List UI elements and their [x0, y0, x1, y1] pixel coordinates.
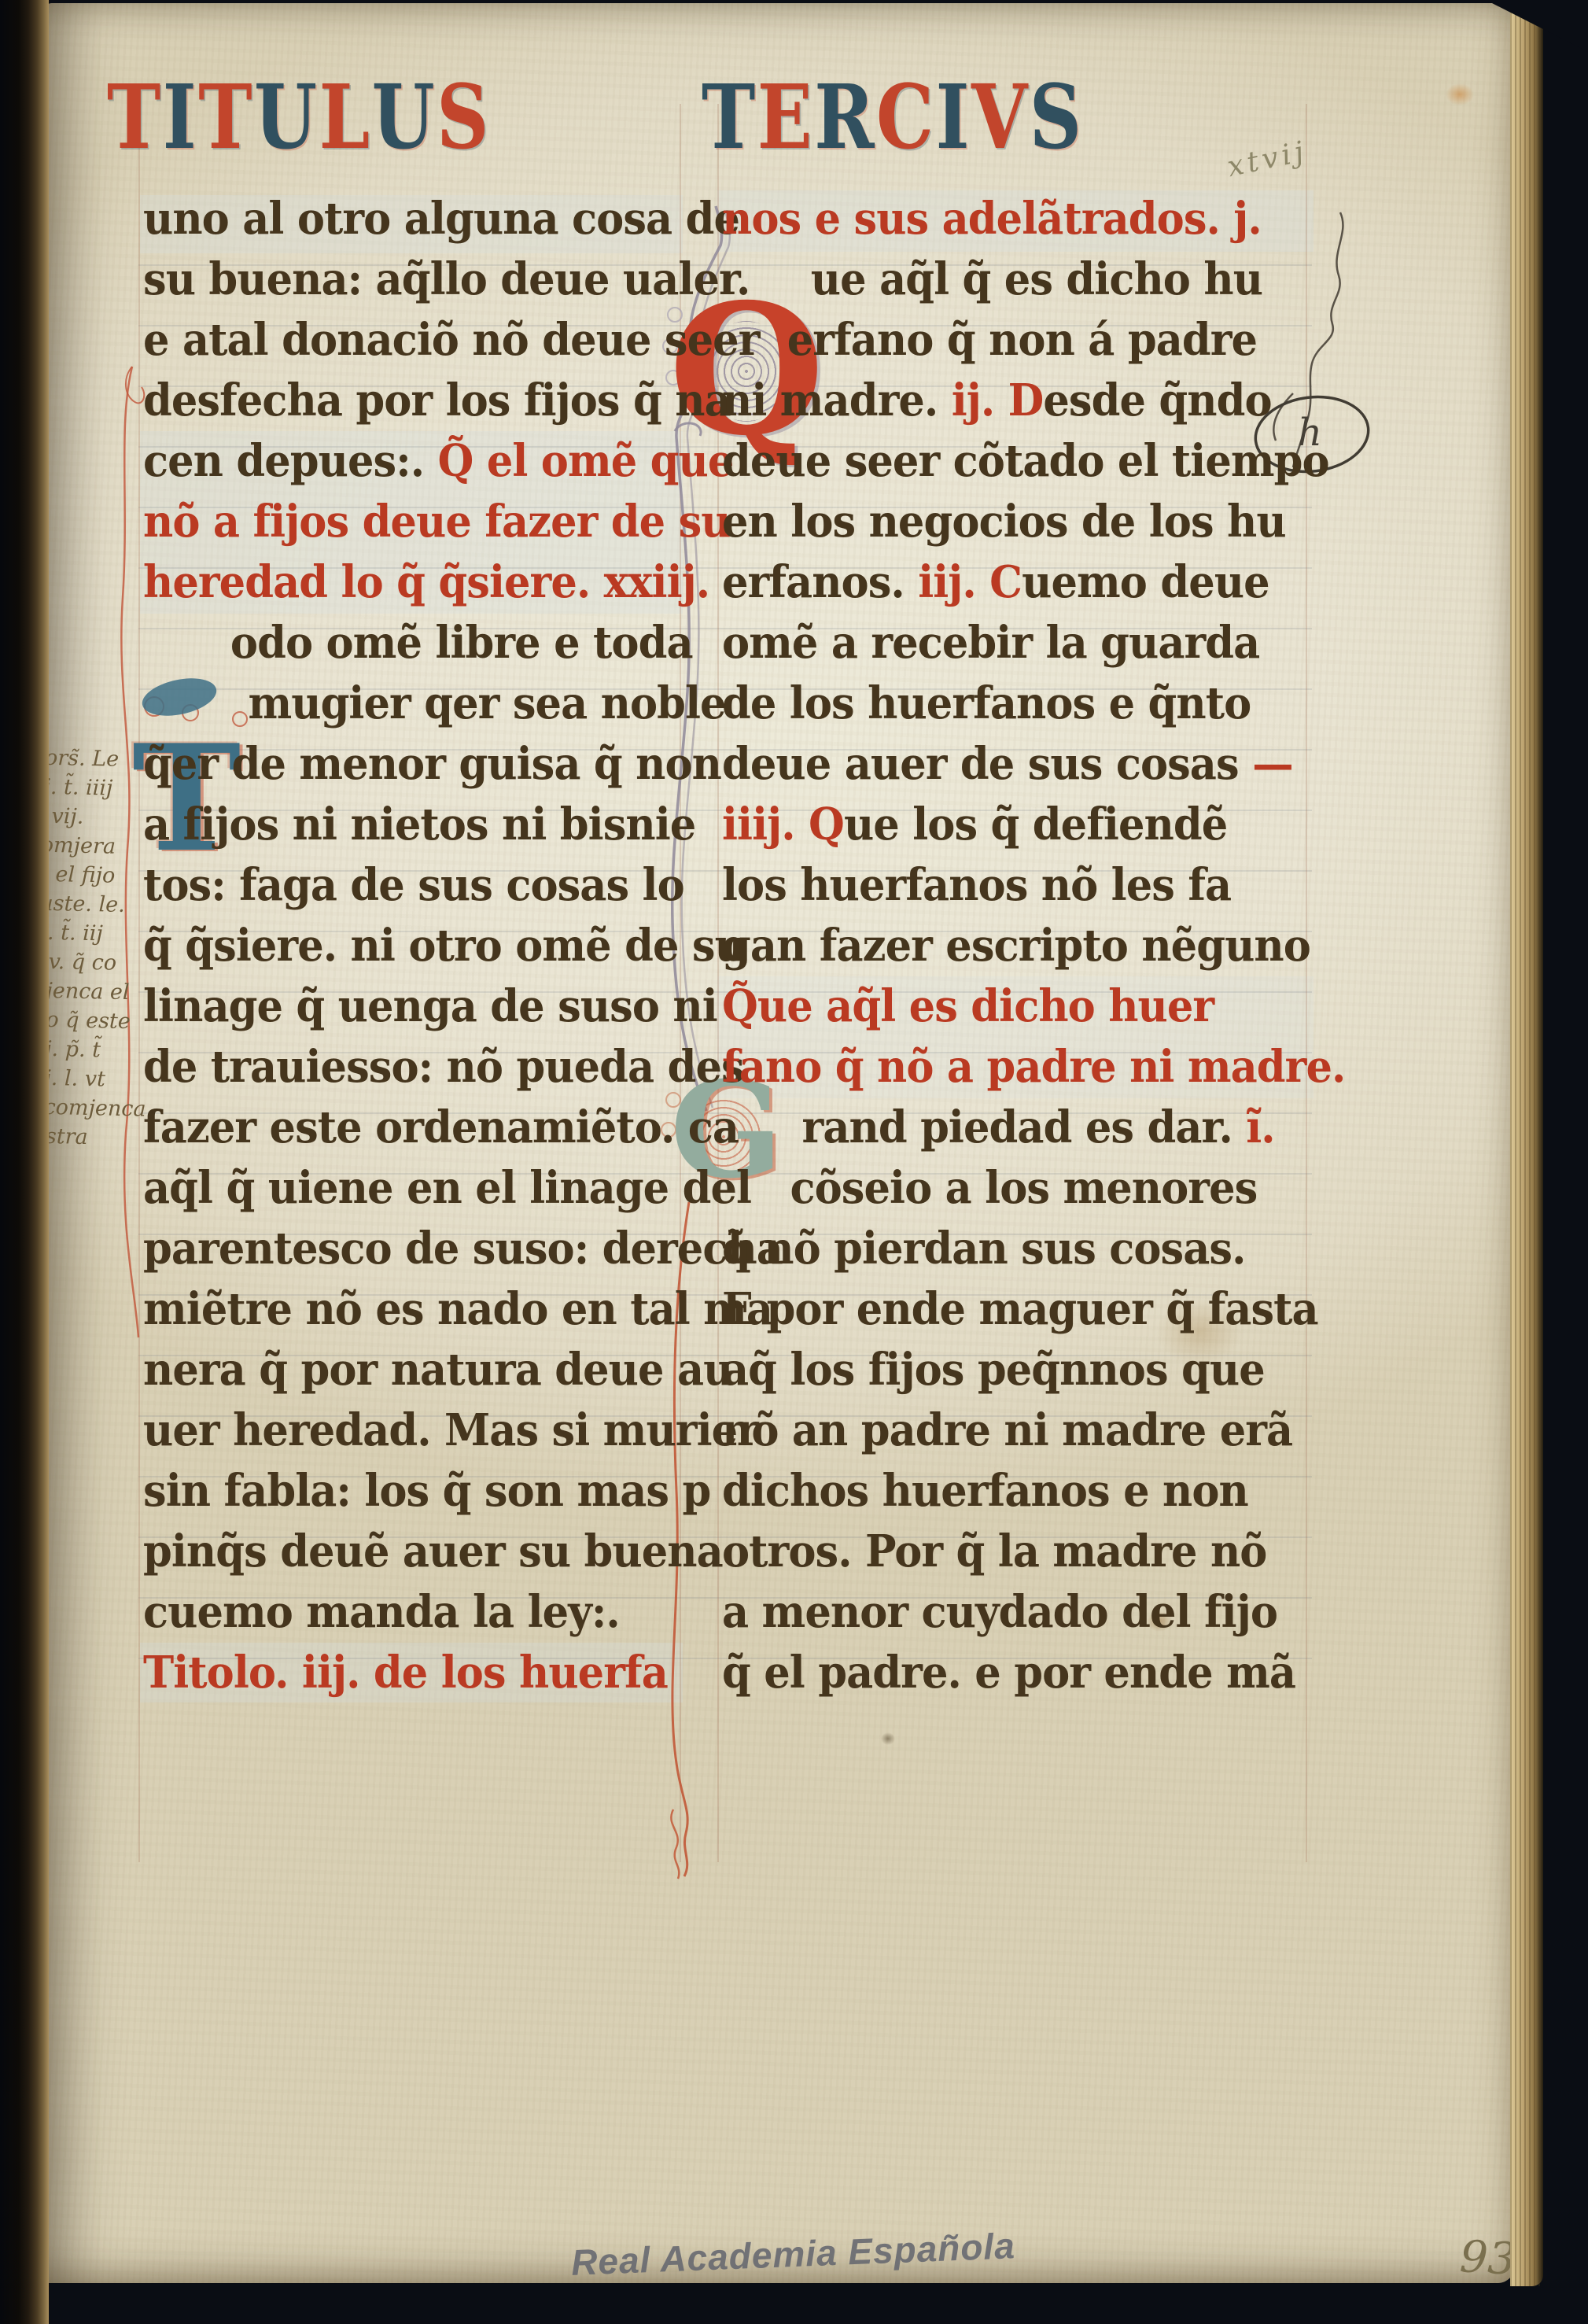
text-line: nera q̃ por natura deue au [143, 1340, 649, 1400]
margin-note-line: flors̃. Le [31, 743, 154, 774]
title-letter: T [198, 66, 254, 169]
text-run: odo omẽ libre e toda [230, 617, 693, 669]
text-run: uemo deue [1022, 556, 1269, 608]
title-letter: R [814, 66, 876, 169]
text-line: deue auer de sus cosas — [722, 734, 1275, 795]
text-run: de trauiesso: nõ pueda des [143, 1041, 744, 1093]
title-letter: S [437, 66, 491, 169]
text-run: iij. C [918, 556, 1022, 608]
title-letter: E [757, 66, 814, 169]
text-line: ue aq̃l q̃ es dicho hu [722, 249, 1275, 310]
text-line: ni madre. ij. Desde q̃ndo [722, 371, 1275, 431]
text-run: ue los q̃ defiendẽ [844, 799, 1227, 850]
text-run: rand piedad es dar. [802, 1101, 1232, 1153]
title-letter: C [876, 66, 936, 169]
text-run: aq̃ los fijos peq̃nnos que [722, 1344, 1265, 1396]
text-run: nera q̃ por natura deue au [143, 1344, 732, 1396]
text-run: heredad lo q̃ q̃siere. xxiij. [143, 556, 709, 608]
text-line: odo omẽ libre e toda [143, 613, 649, 673]
text-column-left: uno al otro alguna cosa desu buena: aq̃l… [143, 189, 681, 1703]
manuscript-scan: TITULUS TERCIVS T Q G uno al o [0, 0, 1588, 2324]
text-line: nos e sus adelãtrados. j. [722, 189, 1275, 249]
text-column-right: nos e sus adelãtrados. j.ue aq̃l q̃ es d… [722, 189, 1310, 1703]
text-run: Q̃ue aq̃l es dicho huer [722, 980, 1214, 1032]
text-run: ue aq̃l q̃ es dicho hu [811, 253, 1262, 305]
text-line: los huerfanos nõ les fa [722, 855, 1275, 916]
text-run: gan fazer escripto nẽguno [722, 920, 1310, 972]
text-line: cuemo manda la ley:. [143, 1582, 649, 1643]
text-run: omẽ a recebir la guarda [722, 617, 1259, 669]
text-line: parentesco de suso: derecha [143, 1219, 649, 1279]
text-run: mugier qer sea noble [248, 677, 725, 729]
text-line: mugier qer sea noble [143, 673, 649, 734]
text-line: miẽtre nõ es nado en tal ma [143, 1279, 649, 1340]
text-run: su buena: aq̃llo deue ualer. [143, 253, 750, 305]
text-line: cõseio a los menores [722, 1158, 1275, 1219]
book-binding [0, 0, 49, 2324]
paraph-letter: h [1298, 411, 1322, 455]
text-line: Titolo. iij. de los huerfa [143, 1643, 649, 1703]
text-run: uno al otro alguna cosa de [143, 193, 739, 245]
text-run: — [1252, 738, 1293, 790]
running-title-left: TITULUS [107, 66, 491, 169]
text-line: omẽ a recebir la guarda [722, 613, 1275, 673]
text-line: desfecha por los fijos q̃ na [143, 371, 649, 431]
text-line: fano q̃ nõ a padre ni madre. [722, 1037, 1275, 1097]
text-line: de trauiesso: nõ pueda des [143, 1037, 649, 1097]
text-run: Titolo. iij. de los huerfa [143, 1647, 668, 1699]
title-letter: I [163, 66, 198, 169]
running-title-right: TERCIVS [702, 66, 1084, 169]
text-run: miẽtre nõ es nado en tal ma [143, 1283, 772, 1335]
text-line: E por ende maguer q̃ fasta [722, 1279, 1275, 1340]
text-line: q̃ nõ pierdan sus cosas. [722, 1219, 1275, 1279]
text-run: otros. Por q̃ la madre nõ [722, 1525, 1266, 1577]
text-run: E por ende maguer q̃ fasta [722, 1283, 1318, 1335]
text-run: nos e sus adelãtrados. j. [722, 193, 1262, 245]
text-line: e atal donaciõ nõ deue seer [143, 310, 649, 371]
text-run: desfecha por los fijos q̃ na [143, 374, 731, 426]
text-line: Q̃ue aq̃l es dicho huer [722, 976, 1275, 1037]
text-run: linage q̃ uenga de suso ni [143, 980, 717, 1032]
text-line: uno al otro alguna cosa de [143, 189, 649, 249]
text-line: linage q̃ uenga de suso ni [143, 976, 649, 1037]
text-run: sin fabla: los q̃ son mas p [143, 1465, 710, 1517]
text-run: en los negocios de los hu [722, 496, 1286, 548]
text-line: otros. Por q̃ la madre nõ [722, 1522, 1275, 1582]
text-run: e atal donaciõ nõ deue seer [143, 314, 760, 366]
text-line: erfanos. iij. Cuemo deue [722, 552, 1275, 613]
title-letter: T [107, 66, 163, 169]
text-run: parentesco de suso: derecha [143, 1223, 783, 1275]
text-run: dichos huerfanos e non [722, 1465, 1248, 1517]
text-run: a menor cuydado del fijo [722, 1586, 1277, 1638]
text-line: su buena: aq̃llo deue ualer. [143, 249, 649, 310]
text-run: erfanos. [722, 556, 918, 608]
title-letter: U [372, 66, 437, 169]
text-run: aq̃l q̃ uiene en el linage del [143, 1162, 751, 1214]
text-run: esde q̃ndo [1043, 374, 1271, 426]
text-line: a menor cuydado del fijo [722, 1582, 1275, 1643]
text-run: uer heredad. Mas si murier [143, 1404, 758, 1456]
text-line: tos: faga de sus cosas lo [143, 855, 649, 916]
text-line: rand piedad es dar. ĩ. [722, 1097, 1275, 1158]
text-run: Q̃ el omẽ que [438, 435, 734, 487]
text-run: cen depues:. [143, 435, 438, 487]
text-run: fazer este ordenamiẽto. ca [143, 1101, 739, 1153]
text-run: fano q̃ nõ a padre ni madre. [722, 1041, 1345, 1093]
title-letter: V [971, 66, 1030, 169]
text-line: q̃ q̃siere. ni otro omẽ de su [143, 916, 649, 976]
text-line: gan fazer escripto nẽguno [722, 916, 1275, 976]
title-letter: L [319, 66, 372, 169]
text-run: nõ a fijos deue fazer de su [143, 496, 731, 548]
title-letter: I [936, 66, 971, 169]
text-line: fazer este ordenamiẽto. ca [143, 1097, 649, 1158]
text-line: a fijos ni nietos ni bisnie [143, 795, 649, 855]
text-run: q̃ el padre. e por ende mã [722, 1647, 1295, 1699]
text-run: erfano q̃ non á padre [787, 314, 1257, 366]
text-line: nõ an padre ni madre erã [722, 1400, 1275, 1461]
text-line: nõ a fijos deue fazer de su [143, 492, 649, 552]
text-line: aq̃l q̃ uiene en el linage del [143, 1158, 649, 1219]
text-run: q̃er de menor guisa q̃ non [143, 738, 721, 790]
page-edges [1510, 5, 1543, 2286]
text-run: ĩ. [1232, 1101, 1275, 1153]
text-run: ij. D [952, 374, 1044, 426]
text-run: iiij. Q [722, 799, 844, 850]
text-run: ni madre. [722, 374, 952, 426]
text-line: heredad lo q̃ q̃siere. xxiij. [143, 552, 649, 613]
text-line: erfano q̃ non á padre [722, 310, 1275, 371]
text-run: deue seer cõtado el tiempo [722, 435, 1329, 487]
text-run: cõseio a los menores [790, 1162, 1257, 1214]
title-letter: U [254, 66, 319, 169]
text-line: q̃er de menor guisa q̃ non [143, 734, 649, 795]
text-line: dichos huerfanos e non [722, 1461, 1275, 1522]
text-run: q̃ nõ pierdan sus cosas. [722, 1223, 1246, 1275]
text-line: sin fabla: los q̃ son mas p [143, 1461, 649, 1522]
text-line: pinq̃s deuẽ auer su buena [143, 1522, 649, 1582]
text-run: deue auer de sus cosas [722, 738, 1252, 790]
text-run: cuemo manda la ley:. [143, 1586, 620, 1638]
text-line: en los negocios de los hu [722, 492, 1275, 552]
text-line: aq̃ los fijos peq̃nnos que [722, 1340, 1275, 1400]
text-run: los huerfanos nõ les fa [722, 859, 1231, 911]
text-line: iiij. Que los q̃ defiendẽ [722, 795, 1275, 855]
text-run: a fijos ni nietos ni bisnie [143, 799, 695, 850]
text-run: pinq̃s deuẽ auer su buena [143, 1525, 723, 1577]
text-run: nõ an padre ni madre erã [722, 1404, 1292, 1456]
title-letter: T [702, 66, 757, 169]
text-run: tos: faga de sus cosas lo [143, 859, 684, 911]
text-line: deue seer cõtado el tiempo [722, 431, 1275, 492]
text-run: q̃ q̃siere. ni otro omẽ de su [143, 920, 744, 972]
text-run: de los huerfanos e q̃nto [722, 677, 1251, 729]
title-letter: S [1030, 66, 1084, 169]
text-line: de los huerfanos e q̃nto [722, 673, 1275, 734]
text-line: uer heredad. Mas si murier [143, 1400, 649, 1461]
text-line: cen depues:. Q̃ el omẽ que [143, 431, 649, 492]
text-line: q̃ el padre. e por ende mã [722, 1643, 1275, 1703]
folio-number: 93 [1458, 2231, 1517, 2285]
